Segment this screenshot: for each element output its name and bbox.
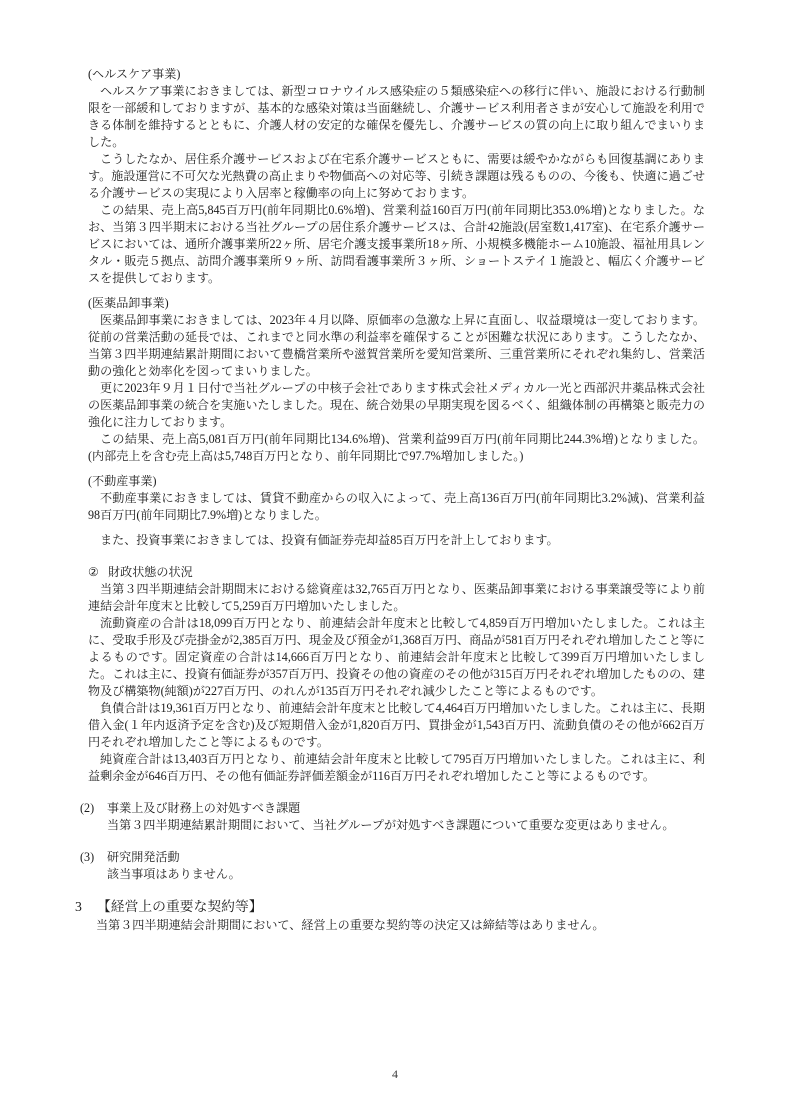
real-estate-paragraph: 不動産事業におきましては、賃貸不動産からの収入によって、売上高136百万円(前年… [88, 490, 705, 524]
healthcare-paragraph-2: こうしたなか、居住系介護サービスおよび在宅系介護サービスともに、需要は緩やかなが… [88, 151, 705, 202]
chapter-important-contracts-head: 3【経営上の重要な契約等】 [75, 898, 705, 916]
item-business-financial-issues-marker: (2) [80, 800, 107, 817]
financial-paragraph-1: 当第３四半期連結会計期間末における総資産は32,765百万円となり、医薬品卸事業… [88, 581, 705, 615]
pharma-paragraph-1: 医薬品卸事業におきましては、2023年４月以降、原価率の急激な上昇に直面し、収益… [88, 312, 705, 380]
chapter-important-contracts-body: 当第３四半期連結会計期間において、経営上の重要な契約等の決定又は締結等はありませ… [96, 917, 705, 934]
healthcare-paragraph-1: ヘルスケア事業におきましては、新型コロナウイルス感染症の５類感染症への移行に伴い… [88, 83, 705, 151]
item-business-financial-issues: (2)事業上及び財務上の対処すべき課題当第３四半期連結累計期間において、当社グル… [80, 800, 705, 834]
heading-financial-position: ②財政状態の状況 [88, 564, 705, 581]
item-business-financial-issues-title: 事業上及び財務上の対処すべき課題 [107, 800, 300, 817]
item-research-development: (3)研究開発活動該当事項はありません。 [80, 849, 705, 883]
financial-paragraph-3: 負債合計は19,361百万円となり、前連結会計年度末と比較して4,464百万円増… [88, 700, 705, 751]
item-research-development-body: 該当事項はありません。 [107, 866, 705, 883]
pharma-paragraph-2: 更に2023年９月１日付で当社グループの中核子会社であります株式会社メディカル一… [88, 380, 705, 431]
chapter-important-contracts-marker: 3 [75, 898, 97, 916]
investment-paragraph: また、投資事業におきましては、投資有価証券売却益85百万円を計上しております。 [88, 532, 705, 549]
item-business-financial-issues-body: 当第３四半期連結累計期間において、当社グループが対処すべき課題について重要な変更… [107, 817, 705, 834]
heading-financial-position-marker: ② [88, 564, 108, 581]
chapter-important-contracts: 3【経営上の重要な契約等】当第３四半期連結会計期間において、経営上の重要な契約等… [75, 898, 705, 934]
section-label-healthcare: (ヘルスケア事業) [88, 66, 705, 83]
item-research-development-head: (3)研究開発活動 [80, 849, 705, 866]
pharma-paragraph-3: この結果、売上高5,081百万円(前年同期比134.6%増)、営業利益99百万円… [88, 431, 705, 465]
item-research-development-title: 研究開発活動 [107, 849, 180, 866]
financial-paragraph-2: 流動資産の合計は18,099百万円となり、前連結会計年度末と比較して4,859百… [88, 615, 705, 700]
item-business-financial-issues-head: (2)事業上及び財務上の対処すべき課題 [80, 800, 705, 817]
chapter-important-contracts-title: 【経営上の重要な契約等】 [97, 898, 263, 916]
document-content: (ヘルスケア事業)ヘルスケア事業におきましては、新型コロナウイルス感染症の５類感… [88, 66, 705, 934]
item-research-development-marker: (3) [80, 849, 107, 866]
healthcare-paragraph-3: この結果、売上高5,845百万円(前年同期比0.6%増)、営業利益160百万円(… [88, 202, 705, 287]
heading-financial-position-title: 財政状態の状況 [108, 564, 193, 581]
document-page: (ヘルスケア事業)ヘルスケア事業におきましては、新型コロナウイルス感染症の５類感… [0, 0, 790, 1118]
section-label-pharma-wholesale: (医薬品卸事業) [88, 295, 705, 312]
financial-paragraph-4: 純資産合計は13,403百万円となり、前連結会計年度末と比較して795百万円増加… [88, 751, 705, 785]
section-label-real-estate: (不動産事業) [88, 473, 705, 490]
page-number: 4 [0, 1067, 790, 1082]
